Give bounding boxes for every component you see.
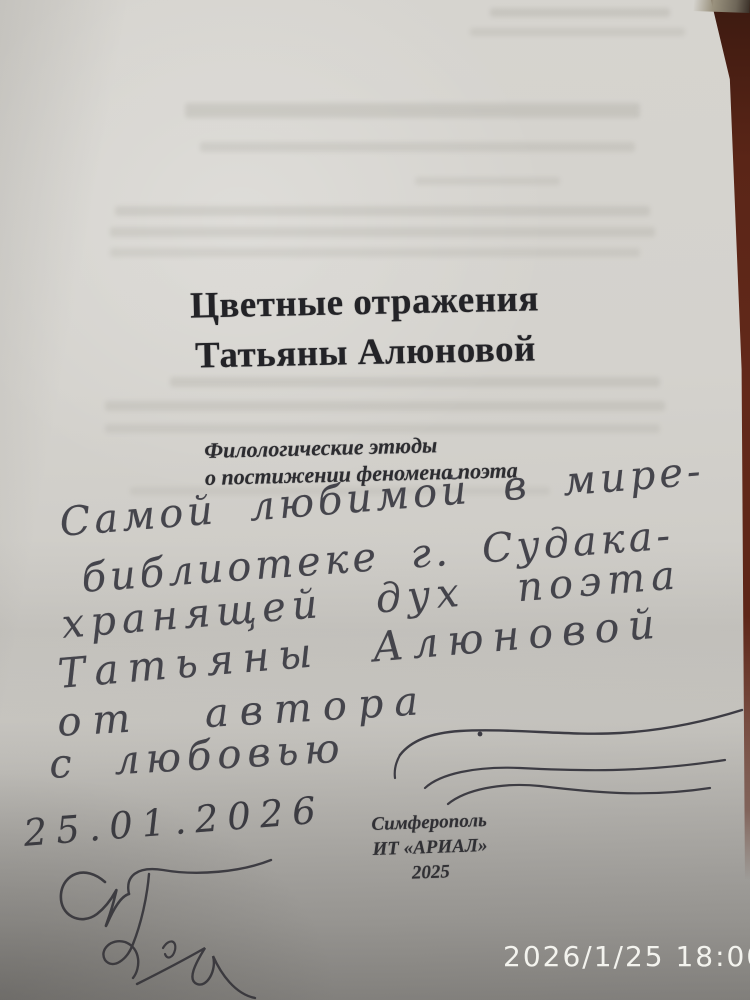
camera-timestamp: 2026/1/25 18:00: [503, 940, 750, 973]
ghost-text-line: [185, 103, 640, 118]
ghost-text-line: [115, 206, 650, 216]
pen-flourish: [380, 700, 750, 810]
inscription-date: 25.01.2026: [22, 788, 326, 855]
book-title: Цветные отражения Татьяны Алюновой: [0, 270, 731, 385]
ghost-text-line: [110, 227, 655, 237]
ghost-text-line: [470, 28, 685, 36]
ghost-text-line: [490, 8, 670, 17]
imprint-block: Симферополь ИТ «АРИАЛ» 2025: [329, 807, 531, 889]
ghost-text-line: [200, 142, 635, 152]
table-edge-wedge: [708, 0, 750, 880]
ghost-text-line: [110, 248, 640, 257]
ghost-text-line: [415, 177, 560, 185]
book-title-page-photo: Цветные отражения Татьяны Алюновой Филол…: [0, 0, 750, 1000]
shelf-edge-glint: [694, 0, 750, 13]
author-signature: [45, 852, 315, 1000]
ghost-text-line: [105, 401, 665, 411]
